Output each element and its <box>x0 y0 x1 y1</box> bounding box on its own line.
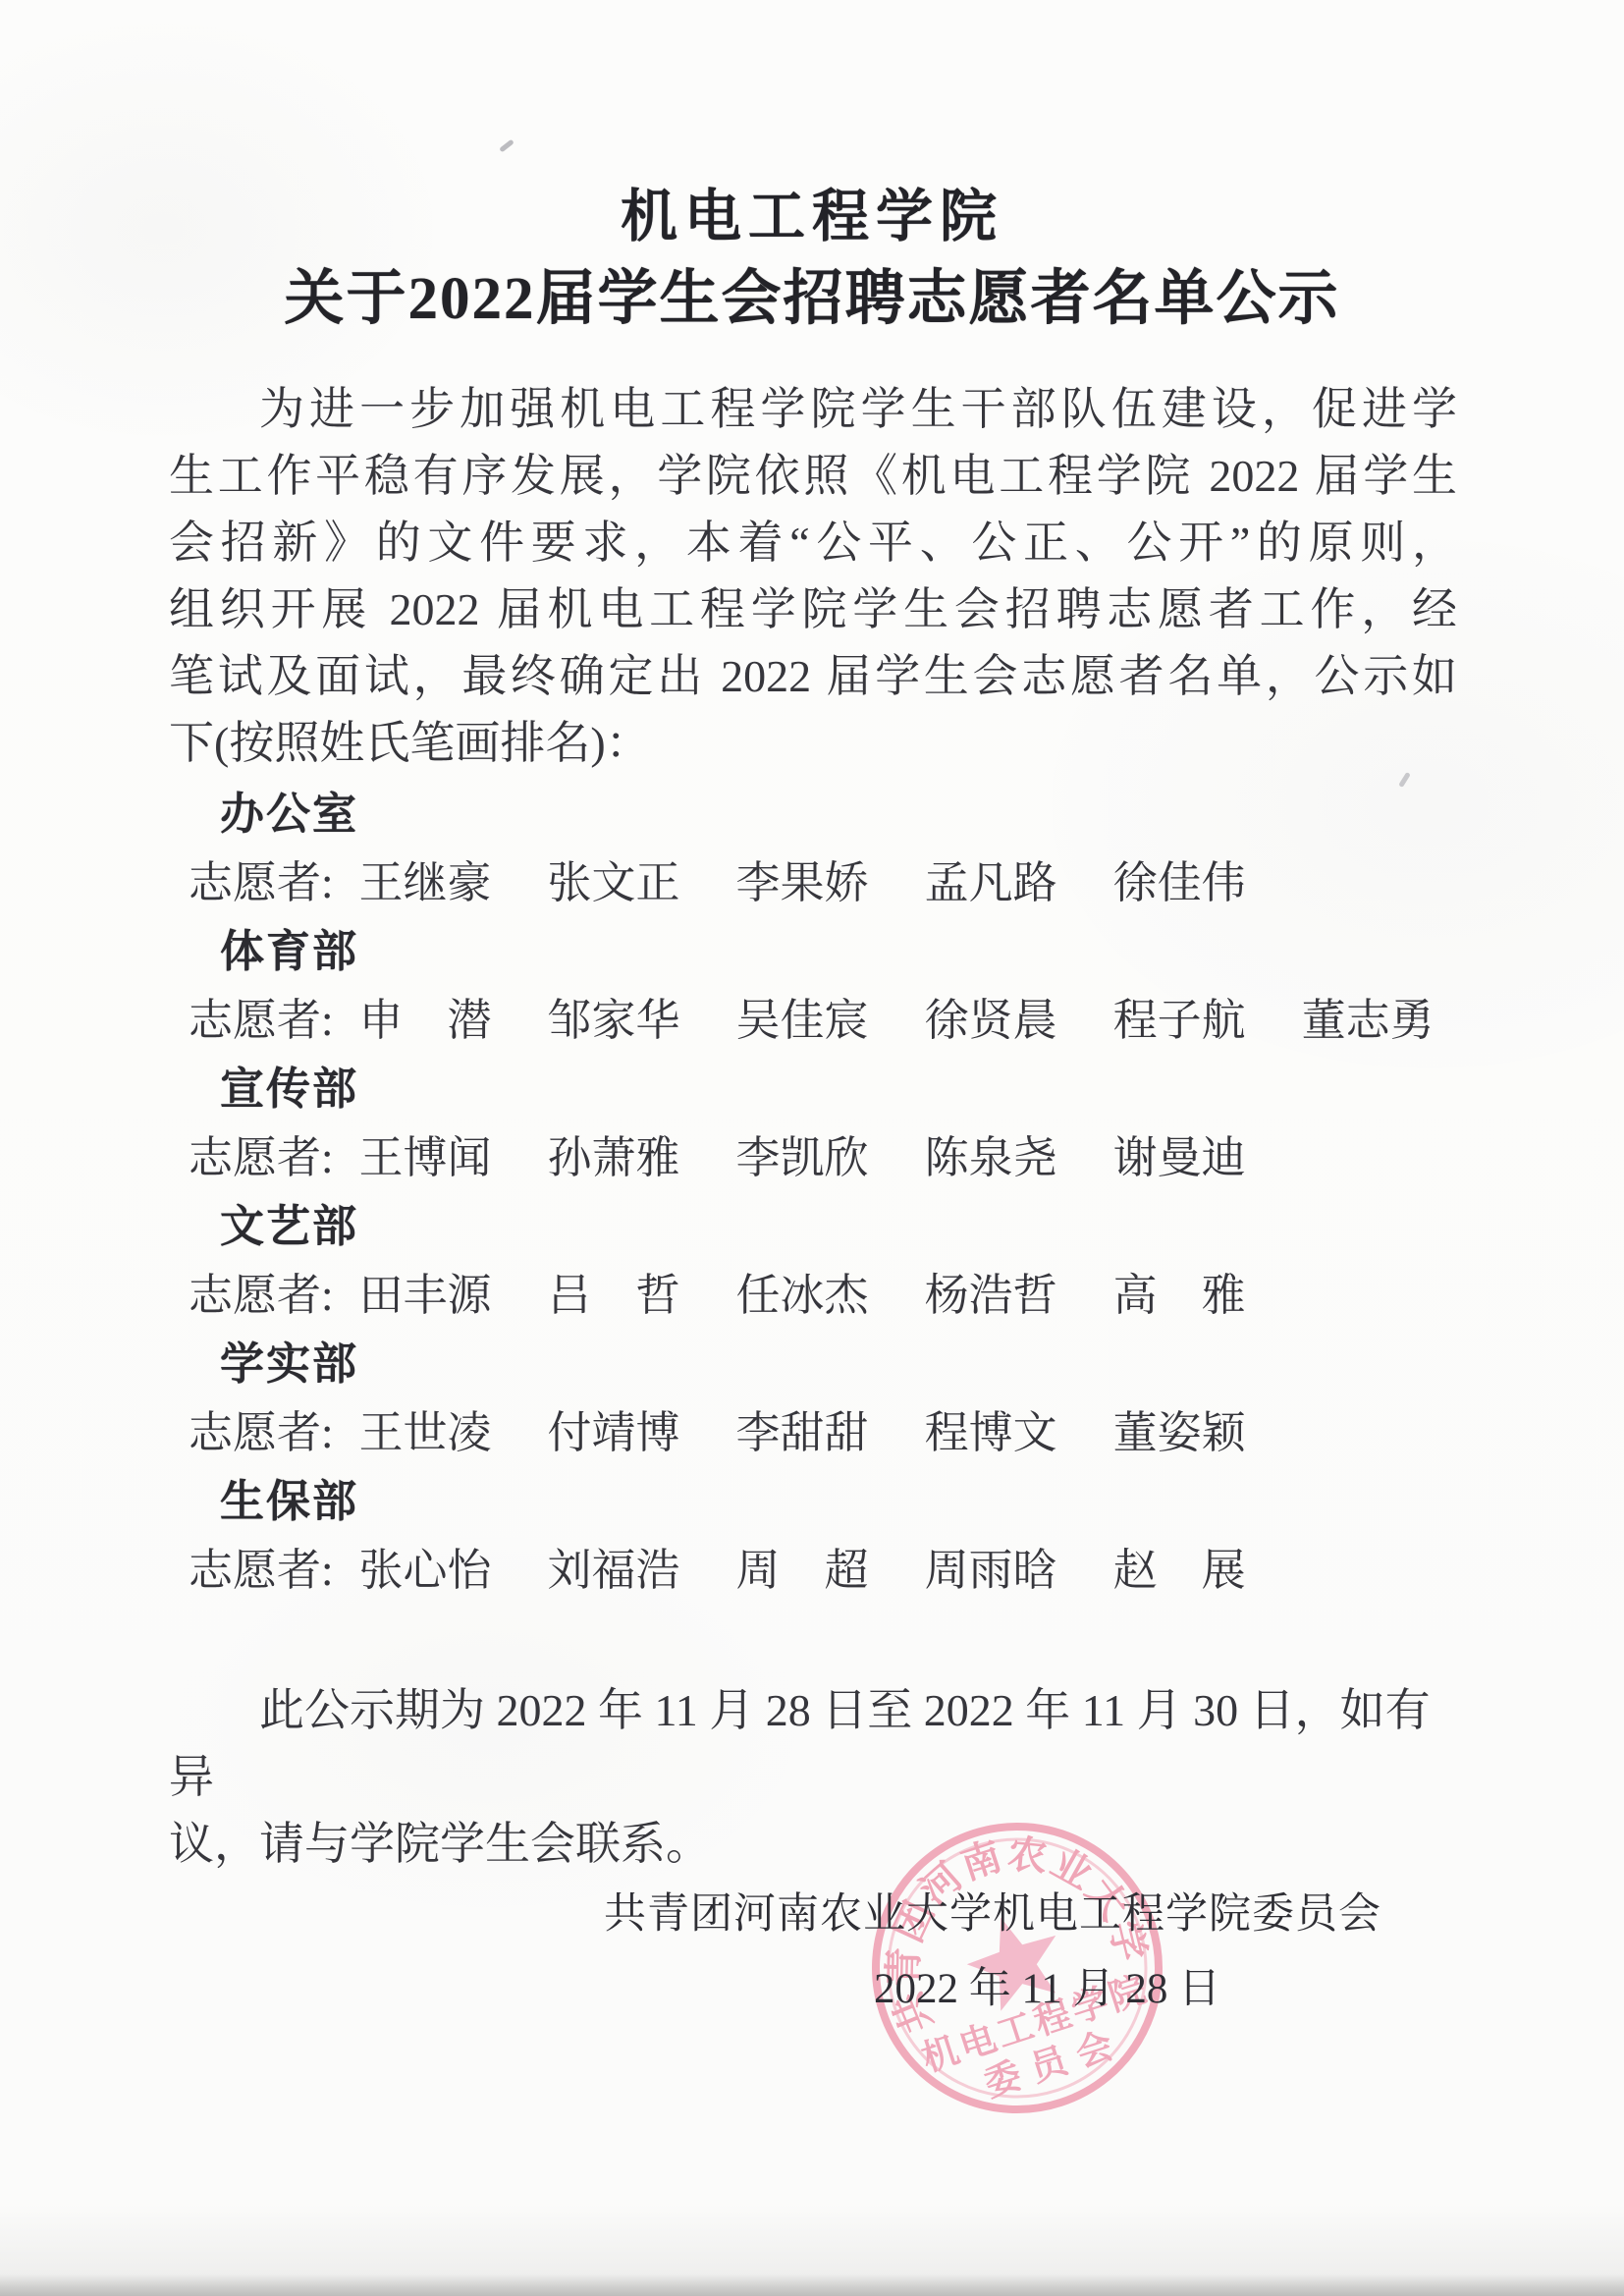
volunteer-name: 董姿颖 <box>1113 1408 1246 1457</box>
volunteer-name: 王博闻 <box>359 1133 492 1182</box>
volunteer-name: 王继豪 <box>359 858 492 907</box>
signature-date: 2022 年 11 月 28 日 <box>874 1963 1188 2016</box>
volunteer-row: 志愿者:张心怡刘福浩周 超周雨晗赵 展 <box>169 1536 1457 1605</box>
volunteer-name: 吕 哲 <box>548 1271 680 1320</box>
volunteer-name: 周雨晗 <box>925 1546 1057 1595</box>
volunteer-name: 张文正 <box>548 858 680 907</box>
volunteer-name: 田丰源 <box>359 1271 492 1320</box>
volunteer-label: 志愿者: <box>189 1408 334 1457</box>
volunteer-name: 谢曼迪 <box>1113 1133 1246 1182</box>
document-title: 机电工程学院 <box>0 175 1624 259</box>
volunteer-name: 徐贤晨 <box>925 996 1057 1045</box>
volunteer-name: 任冰杰 <box>736 1271 869 1320</box>
department-header: 学实部 <box>169 1330 1457 1398</box>
closing-line: 此公示期为 2022 年 11 月 28 日至 2022 年 11 月 30 日… <box>169 1677 1457 1811</box>
body-line: 笔试及面试，最终确定出 2022 届学生会志愿者名单，公示如 <box>169 643 1457 710</box>
volunteer-name: 杨浩哲 <box>925 1271 1057 1320</box>
volunteer-name: 周 超 <box>736 1546 869 1595</box>
department-header: 生保部 <box>169 1467 1457 1536</box>
volunteer-row: 志愿者:王博闻孙萧雅李凯欣陈泉尧谢曼迪 <box>169 1123 1457 1192</box>
volunteer-name: 程博文 <box>925 1408 1057 1457</box>
body-line: 组织开展 2022 届机电工程学院学生会招聘志愿者工作，经 <box>169 576 1457 643</box>
volunteer-name: 刘福浩 <box>548 1546 680 1595</box>
department-header: 宣传部 <box>169 1055 1457 1123</box>
body-line: 生工作平稳有序发展，学院依照《机电工程学院 2022 届学生 <box>169 443 1457 510</box>
body-line: 为进一步加强机电工程学院学生干部队伍建设，促进学 <box>169 376 1457 443</box>
volunteer-name: 徐佳伟 <box>1113 858 1246 907</box>
volunteer-name: 孟凡路 <box>925 858 1057 907</box>
department-header: 体育部 <box>169 917 1457 986</box>
volunteer-name: 张心怡 <box>359 1546 492 1595</box>
volunteer-name: 程子航 <box>1113 996 1246 1045</box>
closing-paragraph: 此公示期为 2022 年 11 月 28 日至 2022 年 11 月 30 日… <box>169 1677 1457 1878</box>
volunteer-row: 志愿者:田丰源吕 哲任冰杰杨浩哲高 雅 <box>169 1261 1457 1330</box>
document-page: 机电工程学院 关于2022届学生会招聘志愿者名单公示 为进一步加强机电工程学院学… <box>0 0 1624 2296</box>
volunteer-row: 志愿者:申 潜邹家华吴佳宸徐贤晨程子航董志勇 <box>169 986 1457 1055</box>
document-subtitle: 关于2022届学生会招聘志愿者名单公示 <box>0 253 1624 346</box>
closing-line: 议，请与学院学生会联系。 <box>169 1811 1457 1878</box>
volunteer-sections: 办公室志愿者:王继豪张文正李果娇孟凡路徐佳伟体育部志愿者:申 潜邹家华吴佳宸徐贤… <box>169 780 1457 1605</box>
volunteer-name: 赵 展 <box>1113 1546 1246 1595</box>
scan-bottom-shadow <box>0 2274 1624 2296</box>
signature-committee: 共青团河南农业大学机电工程学院委员会 <box>604 1887 1381 1942</box>
volunteer-name: 董志勇 <box>1302 996 1435 1045</box>
volunteer-name: 李甜甜 <box>736 1408 869 1457</box>
volunteer-label: 志愿者: <box>189 1133 334 1182</box>
volunteer-label: 志愿者: <box>189 1271 334 1320</box>
department-header: 文艺部 <box>169 1192 1457 1261</box>
body-paragraph: 为进一步加强机电工程学院学生干部队伍建设，促进学生工作平稳有序发展，学院依照《机… <box>169 376 1457 777</box>
volunteer-label: 志愿者: <box>189 858 334 907</box>
volunteer-name: 付靖博 <box>548 1408 680 1457</box>
volunteer-name: 李凯欣 <box>736 1133 869 1182</box>
volunteer-name: 高 雅 <box>1113 1271 1246 1320</box>
volunteer-row: 志愿者:王继豪张文正李果娇孟凡路徐佳伟 <box>169 848 1457 917</box>
volunteer-name: 吴佳宸 <box>736 996 869 1045</box>
volunteer-name: 陈泉尧 <box>925 1133 1057 1182</box>
volunteer-row: 志愿者:王世凌付靖博李甜甜程博文董姿颖 <box>169 1398 1457 1467</box>
volunteer-name: 邹家华 <box>548 996 680 1045</box>
volunteer-label: 志愿者: <box>189 996 334 1045</box>
volunteer-name: 孙萧雅 <box>548 1133 680 1182</box>
volunteer-name: 李果娇 <box>736 858 869 907</box>
body-line: 下(按照姓氏笔画排名)： <box>169 710 1457 777</box>
body-line: 会招新》的文件要求，本着“公平、公正、公开”的原则， <box>169 510 1457 576</box>
scan-speck <box>499 139 514 153</box>
volunteer-label: 志愿者: <box>189 1546 334 1595</box>
volunteer-name: 申 潜 <box>359 996 492 1045</box>
department-header: 办公室 <box>169 780 1457 848</box>
volunteer-name: 王世凌 <box>359 1408 492 1457</box>
